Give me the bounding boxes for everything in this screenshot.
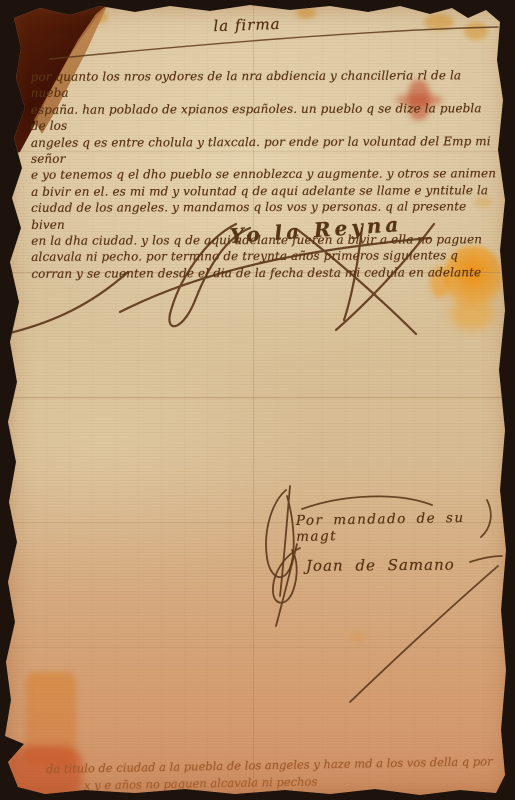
secretary-signature: Joan de Samano: [306, 555, 506, 575]
manuscript-photo: la firma por quanto los nros oydores de …: [0, 0, 515, 800]
text-line: por quanto los nros oydores de la nra ab…: [31, 67, 497, 101]
text-line: españa. han poblado de xpianos españoles…: [31, 100, 497, 134]
text-line: corran y se cuenten desde el dia de la f…: [31, 264, 497, 282]
parchment-sheet: la firma por quanto los nros oydores de …: [0, 0, 515, 800]
secretary-attestation: Por mandado de su magt: [296, 509, 512, 545]
body-text-block: por quanto los nros oydores de la nra ab…: [31, 67, 498, 282]
text-line: angeles q es entre cholula y tlaxcala. p…: [31, 133, 497, 167]
text-line: alcavala ni pecho. por termino de treynt…: [31, 248, 497, 266]
text-line: a bivir en el. es mi md y voluntad q de …: [31, 182, 497, 200]
text-line: e yo tenemos q el dho pueblo se ennoblez…: [31, 166, 497, 184]
